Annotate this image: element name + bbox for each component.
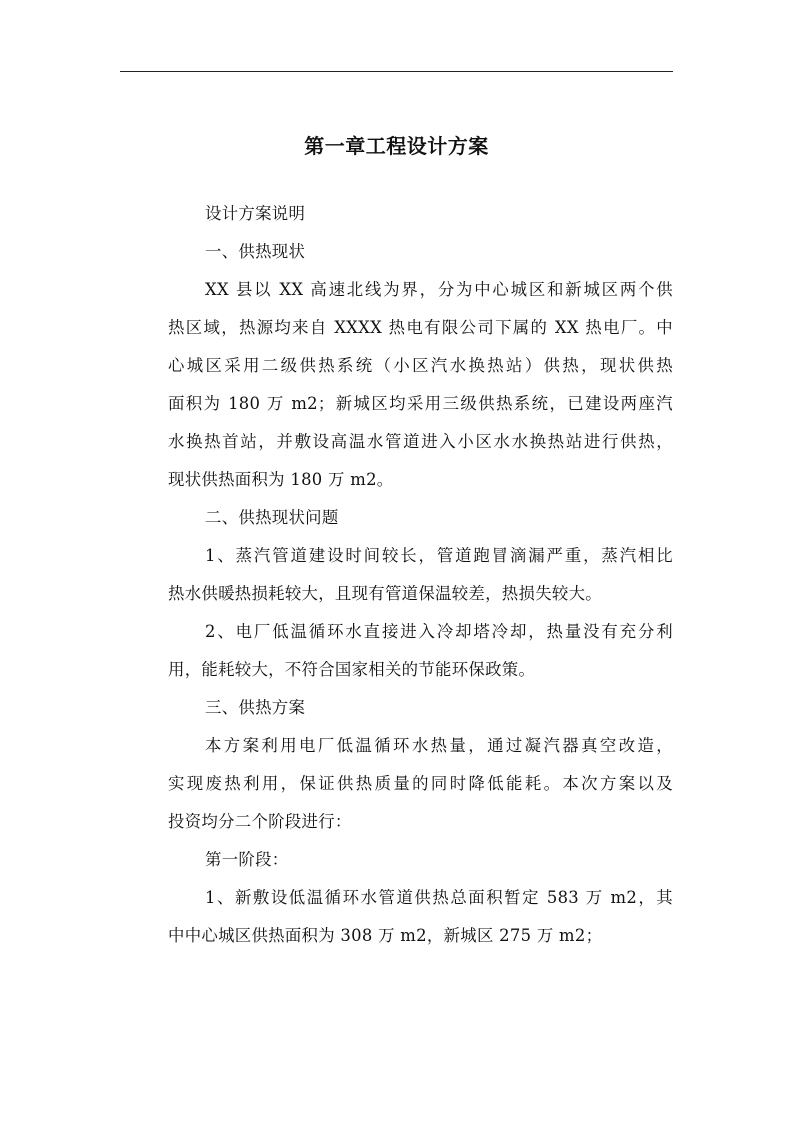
section-heading-problems: 二、供热现状问题 [168, 504, 673, 542]
paragraph-line: 热区域，热源均来自 XXXX 热电有限公司下属的 XX 热电厂。中 [168, 314, 673, 352]
paragraph-line: 水换热首站，并敷设高温水管道进入小区水水换热站进行供热， [168, 428, 673, 466]
document-body: 设计方案说明 一、供热现状 XX 县以 XX 高速北线为界，分为中心城区和新城区… [168, 200, 673, 960]
list-item-line: 中中心城区供热面积为 308 万 m2，新城区 275 万 m2； [168, 922, 673, 960]
list-item-line: 用，能耗较大，不符合国家相关的节能环保政策。 [168, 656, 673, 694]
paragraph-line: 投资均分二个阶段进行： [168, 808, 673, 846]
subheading-phase-one: 第一阶段： [168, 846, 673, 884]
list-item-line: 1、新敷设低温循环水管道供热总面积暂定 583 万 m2，其 [168, 884, 673, 922]
list-item-line: 2、电厂低温循环水直接进入冷却塔冷却，热量没有充分利 [168, 618, 673, 656]
list-item-line: 热水供暖热损耗较大，且现有管道保温较差，热损失较大。 [168, 580, 673, 618]
paragraph-line: 现状供热面积为 180 万 m2。 [168, 466, 673, 504]
paragraph-line: XX 县以 XX 高速北线为界，分为中心城区和新城区两个供 [168, 276, 673, 314]
paragraph-line: 心城区采用二级供热系统（小区汽水换热站）供热，现状供热 [168, 352, 673, 390]
page-title: 第一章工程设计方案 [0, 130, 793, 159]
paragraph-line: 面积为 180 万 m2；新城区均采用三级供热系统，已建设两座汽 [168, 390, 673, 428]
section-heading-heating-plan: 三、供热方案 [168, 694, 673, 732]
header-rule [120, 71, 673, 72]
section-heading-design-description: 设计方案说明 [168, 200, 673, 238]
list-item-line: 1、蒸汽管道建设时间较长，管道跑冒滴漏严重，蒸汽相比 [168, 542, 673, 580]
paragraph-line: 本方案利用电厂低温循环水热量，通过凝汽器真空改造， [168, 732, 673, 770]
section-heading-current-status: 一、供热现状 [168, 238, 673, 276]
paragraph-line: 实现废热利用，保证供热质量的同时降低能耗。本次方案以及 [168, 770, 673, 808]
